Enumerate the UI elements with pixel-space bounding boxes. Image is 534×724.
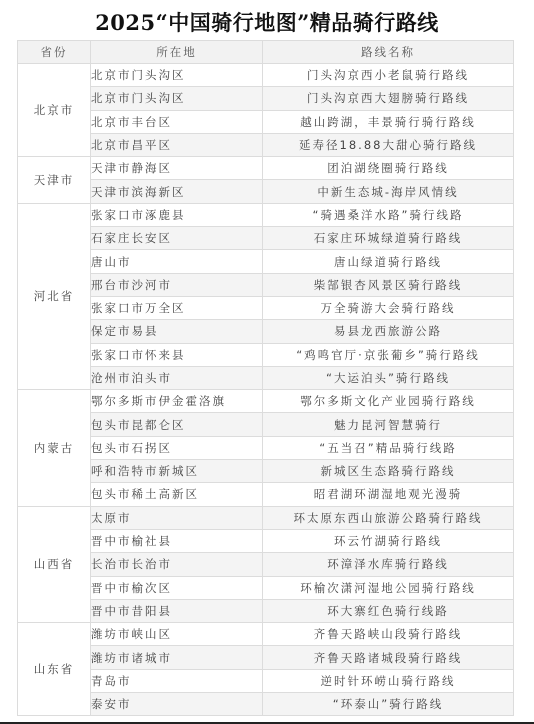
route-name-cell: 门头沟京西小老鼠骑行路线 — [263, 64, 514, 87]
location-cell: 北京市丰台区 — [91, 110, 263, 133]
table-row: 沧州市泊头市“大运泊头”骑行路线 — [18, 366, 514, 389]
table-row: 张家口市万全区万全骑游大会骑行路线 — [18, 296, 514, 319]
route-name-cell: 门头沟京西大翅膀骑行路线 — [263, 87, 514, 110]
location-cell: 张家口市涿鹿县 — [91, 203, 263, 226]
table-row: 晋中市榆次区环榆次潇河湿地公园骑行路线 — [18, 576, 514, 599]
table-row: 山东省潍坊市峡山区齐鲁天路峡山段骑行路线 — [18, 623, 514, 646]
location-cell: 沧州市泊头市 — [91, 366, 263, 389]
header-location: 所在地 — [91, 41, 263, 64]
table-row: 潍坊市诸城市齐鲁天路诸城段骑行路线 — [18, 646, 514, 669]
header-route-name: 路线名称 — [263, 41, 514, 64]
route-name-cell: 鄂尔多斯文化产业园骑行路线 — [263, 390, 514, 413]
route-name-cell: 魅力昆河智慧骑行 — [263, 413, 514, 436]
location-cell: 北京市昌平区 — [91, 133, 263, 156]
location-cell: 长治市长治市 — [91, 553, 263, 576]
route-name-cell: 环榆次潇河湿地公园骑行路线 — [263, 576, 514, 599]
route-name-cell: 万全骑游大会骑行路线 — [263, 296, 514, 319]
location-cell: 泰安市 — [91, 693, 263, 716]
route-name-cell: 齐鲁天路峡山段骑行路线 — [263, 623, 514, 646]
route-name-cell: 新城区生态路骑行路线 — [263, 460, 514, 483]
table-row: 天津市天津市静海区团泊湖绕圈骑行路线 — [18, 157, 514, 180]
table-row: 北京市丰台区越山跨湖，丰景骑行骑行路线 — [18, 110, 514, 133]
table-header-row: 省份 所在地 路线名称 — [18, 41, 514, 64]
table-row: 泰安市“环泰山”骑行路线 — [18, 693, 514, 716]
route-name-cell: 团泊湖绕圈骑行路线 — [263, 157, 514, 180]
table-row: 山西省太原市环太原东西山旅游公路骑行路线 — [18, 506, 514, 529]
route-name-cell: 环漳泽水库骑行路线 — [263, 553, 514, 576]
location-cell: 唐山市 — [91, 250, 263, 273]
table-body: 北京市北京市门头沟区门头沟京西小老鼠骑行路线北京市门头沟区门头沟京西大翅膀骑行路… — [18, 64, 514, 716]
location-cell: 邢台市沙河市 — [91, 273, 263, 296]
table-row: 晋中市昔阳县环大寨红色骑行线路 — [18, 599, 514, 622]
table-row: 长治市长治市环漳泽水库骑行路线 — [18, 553, 514, 576]
province-cell: 内蒙古 — [18, 390, 91, 506]
table-row: 保定市易县易县龙西旅游公路 — [18, 320, 514, 343]
table-row: 北京市昌平区延寿径18.88大甜心骑行路线 — [18, 133, 514, 156]
route-name-cell: 逆时针环崂山骑行路线 — [263, 669, 514, 692]
route-name-cell: “环泰山”骑行路线 — [263, 693, 514, 716]
routes-table: 省份 所在地 路线名称 北京市北京市门头沟区门头沟京西小老鼠骑行路线北京市门头沟… — [17, 40, 514, 716]
table-row: 张家口市怀来县“鸡鸣官厅·京张葡乡”骑行路线 — [18, 343, 514, 366]
route-name-cell: 延寿径18.88大甜心骑行路线 — [263, 133, 514, 156]
table-row: 包头市昆都仑区魅力昆河智慧骑行 — [18, 413, 514, 436]
province-cell: 山东省 — [18, 623, 91, 716]
location-cell: 天津市滨海新区 — [91, 180, 263, 203]
location-cell: 北京市门头沟区 — [91, 87, 263, 110]
route-name-cell: 环太原东西山旅游公路骑行路线 — [263, 506, 514, 529]
table-row: 内蒙古鄂尔多斯市伊金霍洛旗鄂尔多斯文化产业园骑行路线 — [18, 390, 514, 413]
table-row: 北京市门头沟区门头沟京西大翅膀骑行路线 — [18, 87, 514, 110]
location-cell: 包头市石拐区 — [91, 436, 263, 459]
table-row: 呼和浩特市新城区新城区生态路骑行路线 — [18, 460, 514, 483]
location-cell: 潍坊市诸城市 — [91, 646, 263, 669]
table-row: 晋中市榆社县环云竹湖骑行路线 — [18, 529, 514, 552]
location-cell: 张家口市怀来县 — [91, 343, 263, 366]
route-name-cell: 环云竹湖骑行路线 — [263, 529, 514, 552]
route-name-cell: “骑遇桑洋水路”骑行线路 — [263, 203, 514, 226]
location-cell: 北京市门头沟区 — [91, 64, 263, 87]
table-row: 北京市北京市门头沟区门头沟京西小老鼠骑行路线 — [18, 64, 514, 87]
route-name-cell: “大运泊头”骑行路线 — [263, 366, 514, 389]
location-cell: 天津市静海区 — [91, 157, 263, 180]
table-row: 石家庄长安区石家庄环城绿道骑行路线 — [18, 227, 514, 250]
table-row: 包头市石拐区“五当召”精品骑行线路 — [18, 436, 514, 459]
route-name-cell: 唐山绿道骑行路线 — [263, 250, 514, 273]
page-title: 2025“中国骑行地图”精品骑行路线 — [0, 8, 534, 38]
route-name-cell: 环大寨红色骑行线路 — [263, 599, 514, 622]
route-name-cell: 石家庄环城绿道骑行路线 — [263, 227, 514, 250]
table-row: 包头市稀土高新区昭君湖环湖湿地观光漫骑 — [18, 483, 514, 506]
location-cell: 石家庄长安区 — [91, 227, 263, 250]
route-name-cell: 易县龙西旅游公路 — [263, 320, 514, 343]
table-row: 青岛市逆时针环崂山骑行路线 — [18, 669, 514, 692]
table-row: 天津市滨海新区中新生态城-海岸风情线 — [18, 180, 514, 203]
table-row: 邢台市沙河市柴郜银杏风景区骑行路线 — [18, 273, 514, 296]
route-name-cell: “鸡鸣官厅·京张葡乡”骑行路线 — [263, 343, 514, 366]
location-cell: 青岛市 — [91, 669, 263, 692]
route-name-cell: 齐鲁天路诸城段骑行路线 — [263, 646, 514, 669]
table-row: 唐山市唐山绿道骑行路线 — [18, 250, 514, 273]
location-cell: 太原市 — [91, 506, 263, 529]
header-province: 省份 — [18, 41, 91, 64]
province-cell: 天津市 — [18, 157, 91, 204]
table-row: 河北省张家口市涿鹿县“骑遇桑洋水路”骑行线路 — [18, 203, 514, 226]
route-name-cell: 昭君湖环湖湿地观光漫骑 — [263, 483, 514, 506]
location-cell: 包头市稀土高新区 — [91, 483, 263, 506]
location-cell: 保定市易县 — [91, 320, 263, 343]
route-name-cell: “五当召”精品骑行线路 — [263, 436, 514, 459]
location-cell: 潍坊市峡山区 — [91, 623, 263, 646]
province-cell: 北京市 — [18, 64, 91, 157]
location-cell: 晋中市榆社县 — [91, 529, 263, 552]
location-cell: 晋中市榆次区 — [91, 576, 263, 599]
location-cell: 晋中市昔阳县 — [91, 599, 263, 622]
location-cell: 呼和浩特市新城区 — [91, 460, 263, 483]
location-cell: 张家口市万全区 — [91, 296, 263, 319]
route-name-cell: 中新生态城-海岸风情线 — [263, 180, 514, 203]
location-cell: 鄂尔多斯市伊金霍洛旗 — [91, 390, 263, 413]
location-cell: 包头市昆都仑区 — [91, 413, 263, 436]
province-cell: 山西省 — [18, 506, 91, 622]
route-name-cell: 柴郜银杏风景区骑行路线 — [263, 273, 514, 296]
province-cell: 河北省 — [18, 203, 91, 389]
route-name-cell: 越山跨湖，丰景骑行骑行路线 — [263, 110, 514, 133]
